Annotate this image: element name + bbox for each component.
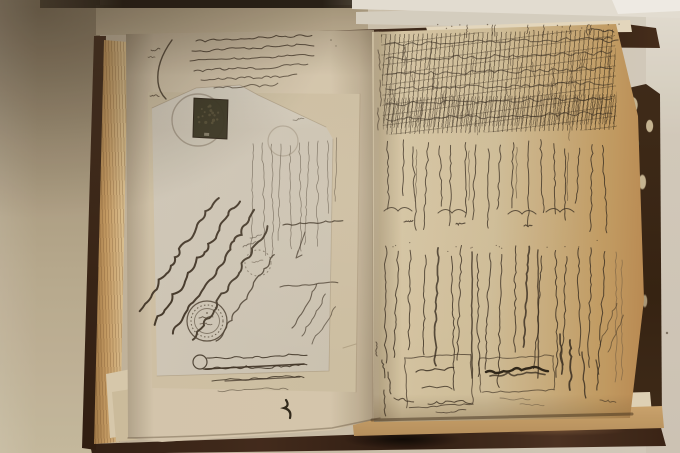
crossed-out-strokes bbox=[377, 24, 619, 141]
address-handwriting bbox=[136, 187, 291, 360]
manuscript-columns-upper bbox=[384, 140, 607, 233]
handwriting-top-left bbox=[148, 35, 337, 121]
manuscript-columns-lower bbox=[384, 240, 623, 390]
postage-stamp bbox=[192, 98, 229, 139]
handwriting-ink-layer bbox=[0, 0, 680, 453]
under-sheet-writing bbox=[250, 94, 360, 392]
photo-scene bbox=[0, 0, 680, 453]
postmark-small bbox=[243, 235, 271, 276]
envelope-ink bbox=[172, 94, 298, 156]
below-envelope-note bbox=[128, 354, 380, 438]
postmark-large bbox=[187, 301, 227, 341]
